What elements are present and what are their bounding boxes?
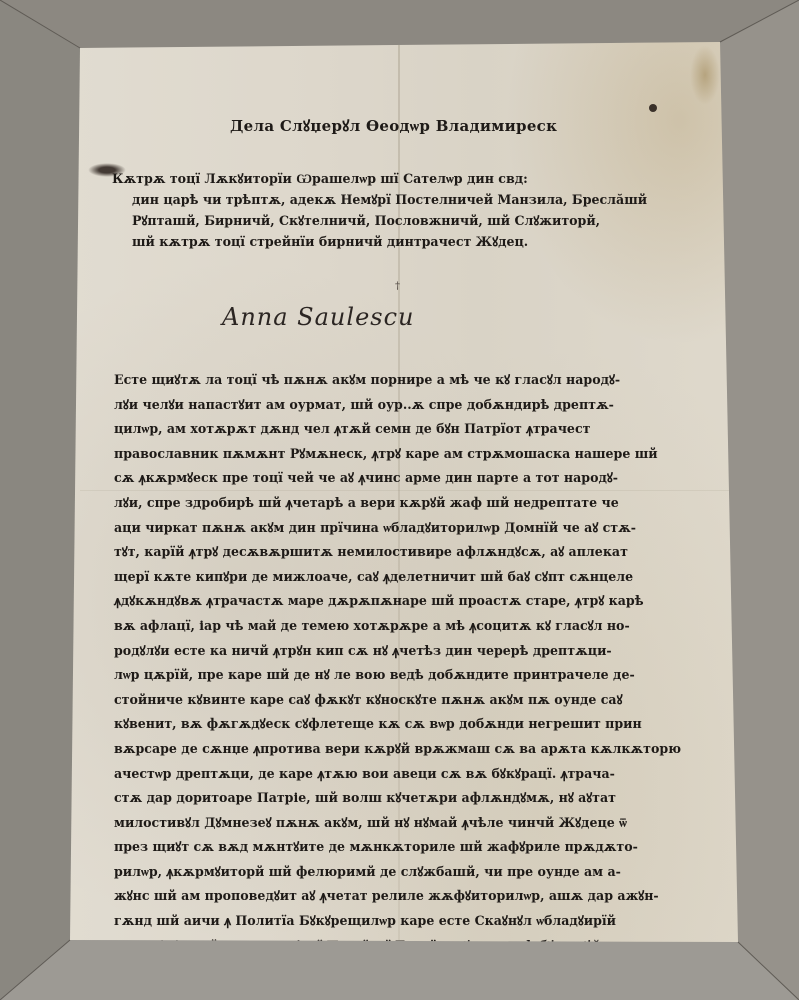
- body-line: вѫрсаре де сѫнџе ꙟпротива вери кѫрꙋй врѫ…: [114, 737, 724, 762]
- body-line: жꙋнс шй ам проповедꙋит аꙋ ꙟчетат релиле …: [114, 884, 724, 909]
- body-line: лꙋи, спре здробирѣ шй ꙟчетарѣ а вери кѫр…: [114, 491, 724, 516]
- body-line: кꙋвенит, вѫ фѫгѫдꙋеск сꙋфлетеще кѫ сѫ вѡ…: [114, 712, 724, 737]
- proclamation-body: Есте щиꙋтѫ ла тоцї чѣ пѫнѫ акꙋм порнире …: [114, 368, 724, 983]
- body-line: аци чиркат пѫнѫ акꙋм дин прїчина ѡбладꙋи…: [114, 516, 724, 541]
- body-line: ꙟдꙋкѫндꙋвѫ ꙟтрачастѫ маре дѫрѫпѫнаре шй …: [114, 589, 724, 614]
- body-line: православник пѫмѫнт Рꙋмѫнеск, ꙟтрꙋ каре …: [114, 442, 724, 467]
- body-line: щерї кѫте кипꙋри де мижлоаче, саꙋ ꙟделет…: [114, 565, 724, 590]
- body-line: сѫ ꙟкѫрмꙋеск пре тоцї чей че аꙋ ꙟчинс ар…: [114, 466, 724, 491]
- document-title: Дела Слꙋџерꙋл Ѳеодѡр Владимиреск: [230, 116, 590, 136]
- body-line: рилѡр, ꙟкѫрмꙋиторй шй фелюримй де слꙋжба…: [114, 860, 724, 885]
- body-line: вѫ афлацї, іар чѣ май де темею хотѫрѫре …: [114, 614, 724, 639]
- handwritten-signature: Anna Saulescu: [222, 303, 414, 331]
- address-line: Кѫтрѫ тоцї Лѫкꙋиторїи Ѡрашелѡр шї Сателѡ…: [112, 168, 712, 189]
- body-line: родꙋлꙋи есте ка ничй ꙟтрꙋн кип сѫ нꙋ ꙟче…: [114, 639, 724, 664]
- signature-mark: †: [395, 281, 400, 292]
- body-line: Есте щиꙋтѫ ла тоцї чѣ пѫнѫ акꙋм порнире …: [114, 368, 724, 393]
- body-line: гѫнд шй аичи ꙟ Политїа Бꙋкꙋрещилѡр каре …: [114, 909, 724, 934]
- body-line: стойниче кꙋвинте каре саꙋ фѫкꙋт кꙋноскꙋт…: [114, 688, 724, 713]
- body-line: през щиꙋт сѫ вѫд мѫнтꙋите де мѫнкѫториле…: [114, 835, 724, 860]
- body-line: цилѡр, ам хотѫрѫт дѫнд чел ꙟтѫй семн де …: [114, 417, 724, 442]
- document-content: Дела Слꙋџерꙋл Ѳеодѡр Владимиреск Кѫтрѫ т…: [0, 0, 799, 1000]
- address-line: Рꙋпташй, Бирничй, Скꙋтелничй, Пословжнич…: [112, 210, 712, 231]
- body-line: лꙋи челꙋи напастꙋит ам оурмат, шй оур..ѫ…: [114, 393, 724, 418]
- address-block: Кѫтрѫ тоцї Лѫкꙋиторїи Ѡрашелѡр шї Сателѡ…: [112, 168, 712, 252]
- document-paper: Дела Слꙋџерꙋл Ѳеодѡр Владимиреск Кѫтрѫ т…: [0, 0, 799, 1000]
- address-line: дин царѣ чи трѣптѫ, адекѫ Немꙋрї Постелн…: [112, 189, 712, 210]
- body-line: лѡр цѫрїй, пре каре шй де нꙋ ле вою ведѣ…: [114, 663, 724, 688]
- body-line: стѫ дар доритоаре Патріе, шй волш кꙋчетѫ…: [114, 786, 724, 811]
- body-line: ачестѡр дрептѫци, де каре ꙟтѫю вои авеци…: [114, 762, 724, 787]
- body-line: тꙋт, карїй ꙟтрꙋ десѫвѫршитѫ немилостивир…: [114, 540, 724, 565]
- body-line: милостивꙋл Дꙋмнезеꙋ пѫнѫ акꙋм, шй нꙋ нꙋм…: [114, 811, 724, 836]
- address-line: шй кѫтрѫ тоцї стрейнїи бирничй динтрачес…: [112, 231, 712, 252]
